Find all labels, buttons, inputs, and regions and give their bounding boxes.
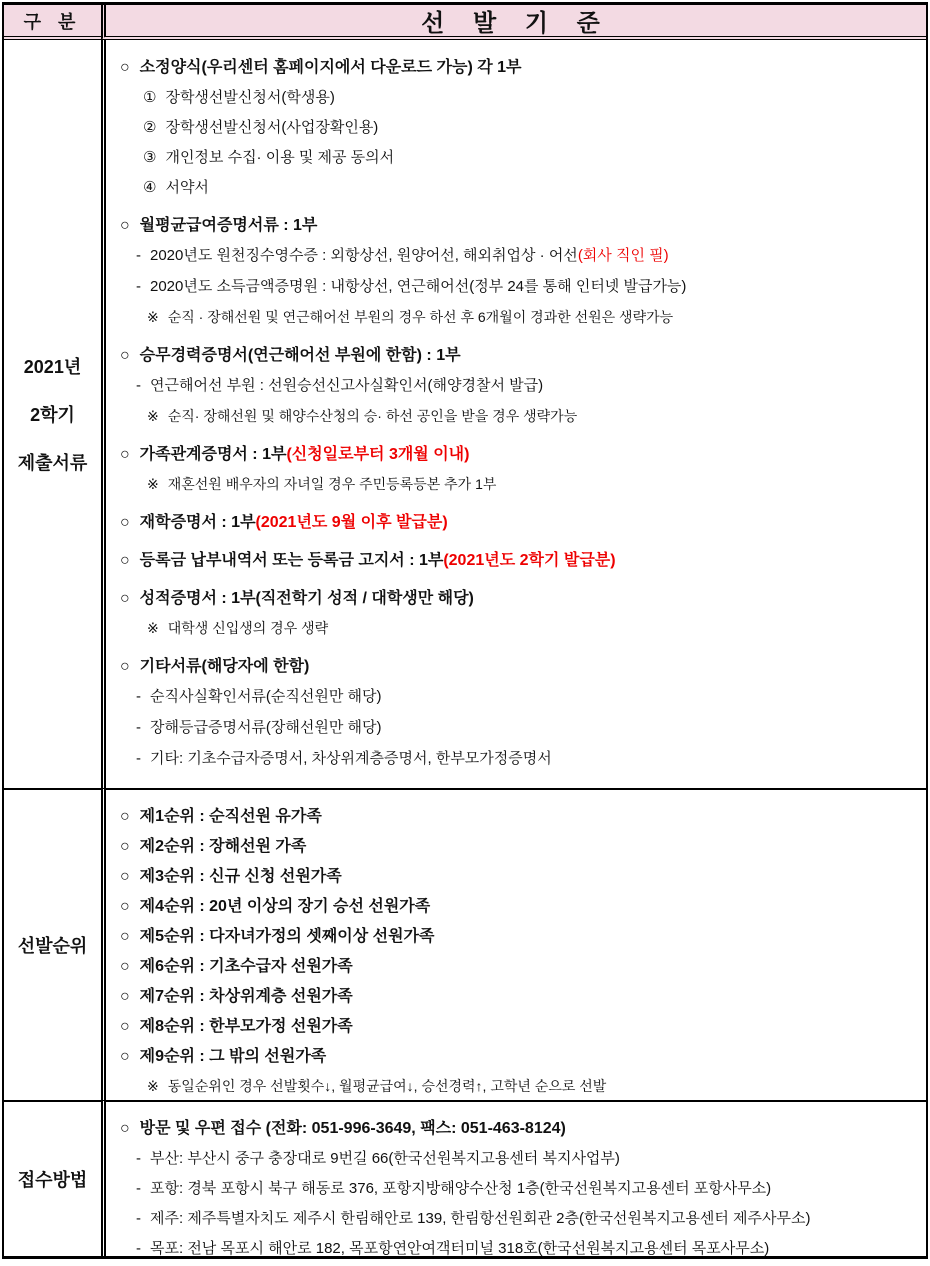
line-text: 포항: 경북 포항시 북구 해동로 376, 포항지방해양수산청 1층(한국선원… — [150, 1180, 771, 1199]
content-line: ※ 대학생 신입생의 경우 생략 — [116, 614, 920, 644]
line-text-highlight: (회사 직인 필) — [578, 247, 669, 266]
line-text: 기타: 기초수급자증명서, 차상위계층증명서, 한부모가정증명서 — [150, 750, 552, 769]
line-text: 제8순위 : 한부모가정 선원가족 — [140, 1017, 353, 1037]
line-text: 방문 및 우편 접수 (전화: 051-996-3649, 팩스: 051-46… — [140, 1119, 566, 1139]
line-text: 제4순위 : 20년 이상의 장기 승선 선원가족 — [140, 897, 431, 917]
line-text: 제9순위 : 그 밖의 선원가족 — [140, 1047, 327, 1067]
bullet-icon: - — [136, 1240, 141, 1256]
row-label-line: 접수방법 — [18, 1166, 88, 1192]
content-line: ○ 방문 및 우편 접수 (전화: 051-996-3649, 팩스: 051-… — [116, 1114, 920, 1144]
bullet-icon: - — [136, 278, 141, 297]
bullet-icon: ④ — [143, 179, 156, 198]
bullet-icon: ○ — [120, 346, 130, 366]
bullet-icon: ○ — [120, 1119, 130, 1139]
content-line: ○ 제1순위 : 순직선원 유가족 — [116, 802, 920, 832]
bullet-icon: ※ — [147, 620, 159, 638]
bullet-icon: ○ — [120, 445, 130, 465]
row-label-line: 2021년 — [24, 353, 81, 379]
content-line: ○ 가족관계증명서 : 1부 (신청일로부터 3개월 이내) — [116, 439, 920, 470]
header-category-label: 구 분 — [24, 8, 82, 34]
bullet-icon: ○ — [120, 987, 130, 1007]
content-line: ○ 제8순위 : 한부모가정 선원가족 — [116, 1012, 920, 1042]
line-text: 기타서류(해당자에 한함) — [140, 657, 310, 677]
bullet-icon: - — [136, 377, 141, 396]
content-line: - 장해등급증명서류(장해선원만 해당) — [116, 713, 920, 744]
bullet-icon: ○ — [120, 957, 130, 977]
line-text: 장학생선발신청서(사업장확인용) — [165, 119, 378, 138]
content-line: ○ 소정양식(우리센터 홈페이지에서 다운로드 가능) 각 1부 — [116, 52, 920, 83]
line-text: 제6순위 : 기초수급자 선원가족 — [140, 957, 353, 977]
bullet-icon: ○ — [120, 897, 130, 917]
line-text-highlight: (2021년도 2학기 발급분) — [443, 551, 615, 571]
bullet-icon: - — [136, 719, 141, 738]
content-line: - 2020년도 소득금액증명원 : 내항상선, 연근해어선(정부 24를 통해… — [116, 272, 920, 303]
line-text: 2020년도 원천징수영수증 : 외항상선, 원양어선, 해외취업상 · 어선 — [150, 247, 578, 266]
content-submit-docs: ○ 소정양식(우리센터 홈페이지에서 다운로드 가능) 각 1부 ① 장학생선발… — [101, 40, 926, 788]
row-label-submit-docs: 2021년 2학기 제출서류 — [4, 40, 101, 788]
content-line: - 연근해어선 부원 : 선원승선신고사실확인서(해양경찰서 발급) — [116, 371, 920, 402]
bullet-icon: ○ — [120, 216, 130, 236]
line-text: 재학증명서 : 1부 — [140, 513, 256, 533]
bullet-icon: ※ — [147, 476, 159, 494]
content-line: ○ 승무경력증명서(연근해어선 부원에 한함) : 1부 — [116, 340, 920, 371]
bullet-icon: ○ — [120, 807, 130, 827]
line-text: 순직· 장해선원 및 해양수산청의 승· 하선 공인을 받을 경우 생략가능 — [168, 408, 577, 426]
bullet-icon: ○ — [120, 927, 130, 947]
header-category-cell: 구 분 — [4, 5, 101, 40]
line-text: 서약서 — [165, 179, 208, 198]
content-line: - 제주: 제주특별자치도 제주시 한림해안로 139, 한림항선원회관 2층(… — [116, 1204, 920, 1234]
line-text-highlight: (2021년도 9월 이후 발급분) — [256, 513, 448, 533]
content-line: ※ 순직 · 장해선원 및 연근해어선 부원의 경우 하선 후 6개월이 경과한… — [116, 303, 920, 333]
content-line: - 기타: 기초수급자증명서, 차상위계층증명서, 한부모가정증명서 — [116, 744, 920, 775]
content-line: ※ 동일순위인 경우 선발횟수↓, 월평균급여↓, 승선경력↑, 고학년 순으로… — [116, 1072, 920, 1100]
line-text: 목포: 전남 목포시 해안로 182, 목포항연안여객터미널 318호(한국선원… — [150, 1240, 769, 1256]
bullet-icon: - — [136, 247, 141, 266]
line-text: 제5순위 : 다자녀가정의 셋째이상 선원가족 — [140, 927, 435, 947]
row-label-line: 2학기 — [30, 401, 75, 427]
content-line: ○ 제3순위 : 신규 신청 선원가족 — [116, 862, 920, 892]
bullet-icon: ○ — [120, 551, 130, 571]
bullet-icon: ○ — [120, 657, 130, 677]
bullet-icon: ○ — [120, 589, 130, 609]
line-text: 소정양식(우리센터 홈페이지에서 다운로드 가능) 각 1부 — [140, 58, 522, 78]
line-text: 순직 · 장해선원 및 연근해어선 부원의 경우 하선 후 6개월이 경과한 선… — [168, 309, 673, 327]
content-line: ② 장학생선발신청서(사업장확인용) — [116, 113, 920, 143]
bullet-icon: - — [136, 750, 141, 769]
line-text: 개인정보 수집· 이용 및 제공 동의서 — [165, 149, 394, 168]
row-label-priority: 선발순위 — [4, 788, 101, 1100]
line-text: 제1순위 : 순직선원 유가족 — [140, 807, 322, 827]
content-line: ○ 제9순위 : 그 밖의 선원가족 — [116, 1042, 920, 1072]
line-text: 제3순위 : 신규 신청 선원가족 — [140, 867, 342, 887]
bullet-icon: ※ — [147, 1078, 159, 1096]
content-line: - 순직사실확인서류(순직선원만 해당) — [116, 682, 920, 713]
bullet-icon: ② — [143, 119, 156, 138]
content-line: ○ 제6순위 : 기초수급자 선원가족 — [116, 952, 920, 982]
line-text: 연근해어선 부원 : 선원승선신고사실확인서(해양경찰서 발급) — [150, 377, 543, 396]
line-text: 동일순위인 경우 선발횟수↓, 월평균급여↓, 승선경력↑, 고학년 순으로 선… — [168, 1078, 607, 1096]
line-text: 순직사실확인서류(순직선원만 해당) — [150, 688, 382, 707]
bullet-icon: ① — [143, 89, 156, 108]
line-text: 장해등급증명서류(장해선원만 해당) — [150, 719, 382, 738]
content-line: ○ 기타서류(해당자에 한함) — [116, 651, 920, 682]
content-line: - 2020년도 원천징수영수증 : 외항상선, 원양어선, 해외취업상 · 어… — [116, 241, 920, 272]
line-text: 재혼선원 배우자의 자녀일 경우 주민등록등본 추가 1부 — [168, 476, 497, 494]
content-line: ○ 등록금 납부내역서 또는 등록금 고지서 : 1부 (2021년도 2학기 … — [116, 545, 920, 576]
content-line: ○ 제7순위 : 차상위계층 선원가족 — [116, 982, 920, 1012]
selection-criteria-table: 구 분 선 발 기 준 2021년 2학기 제출서류 ○ 소정양식(우리센터 홈… — [2, 2, 928, 1259]
line-text: 월평균급여증명서류 : 1부 — [140, 216, 318, 236]
content-line: ④ 서약서 — [116, 173, 920, 203]
header-criteria-cell: 선 발 기 준 — [101, 5, 926, 40]
content-line: ○ 성적증명서 : 1부(직전학기 성적 / 대학생만 해당) — [116, 583, 920, 614]
content-line: ○ 월평균급여증명서류 : 1부 — [116, 210, 920, 241]
line-text: 성적증명서 : 1부(직전학기 성적 / 대학생만 해당) — [140, 589, 474, 609]
bullet-icon: ○ — [120, 837, 130, 857]
row-label-apply-method: 접수방법 — [4, 1100, 101, 1256]
document-page: 구 분 선 발 기 준 2021년 2학기 제출서류 ○ 소정양식(우리센터 홈… — [0, 0, 930, 1261]
bullet-icon: - — [136, 1180, 141, 1199]
line-text: 제주: 제주특별자치도 제주시 한림해안로 139, 한림항선원회관 2층(한국… — [150, 1210, 810, 1229]
bullet-icon: - — [136, 688, 141, 707]
row-label-line: 제출서류 — [18, 449, 88, 475]
line-text: 제2순위 : 장해선원 가족 — [140, 837, 307, 857]
line-text: 2020년도 소득금액증명원 : 내항상선, 연근해어선(정부 24를 통해 인… — [150, 278, 686, 297]
content-apply-method: ○ 방문 및 우편 접수 (전화: 051-996-3649, 팩스: 051-… — [101, 1100, 926, 1256]
content-line: ③ 개인정보 수집· 이용 및 제공 동의서 — [116, 143, 920, 173]
bullet-icon: ○ — [120, 1017, 130, 1037]
line-text: 제7순위 : 차상위계층 선원가족 — [140, 987, 353, 1007]
line-text: 가족관계증명서 : 1부 — [140, 445, 287, 465]
content-line: - 목포: 전남 목포시 해안로 182, 목포항연안여객터미널 318호(한국… — [116, 1234, 920, 1256]
content-line: - 부산: 부산시 중구 충장대로 9번길 66(한국선원복지고용센터 복지사업… — [116, 1144, 920, 1174]
content-line: ○ 제5순위 : 다자녀가정의 셋째이상 선원가족 — [116, 922, 920, 952]
bullet-icon: ○ — [120, 867, 130, 887]
content-priority: ○ 제1순위 : 순직선원 유가족 ○ 제2순위 : 장해선원 가족 ○ 제3순… — [101, 788, 926, 1100]
content-line: ○ 재학증명서 : 1부 (2021년도 9월 이후 발급분) — [116, 507, 920, 538]
line-text: 등록금 납부내역서 또는 등록금 고지서 : 1부 — [140, 551, 444, 571]
line-text: 부산: 부산시 중구 충장대로 9번길 66(한국선원복지고용센터 복지사업부) — [150, 1150, 620, 1169]
line-text-highlight: (신청일로부터 3개월 이내) — [286, 445, 469, 465]
bullet-icon: ※ — [147, 408, 159, 426]
content-line: ※ 재혼선원 배우자의 자녀일 경우 주민등록등본 추가 1부 — [116, 470, 920, 500]
bullet-icon: ③ — [143, 149, 156, 168]
bullet-icon: ○ — [120, 513, 130, 533]
content-line: ※ 순직· 장해선원 및 해양수산청의 승· 하선 공인을 받을 경우 생략가능 — [116, 402, 920, 432]
line-text: 대학생 신입생의 경우 생략 — [168, 620, 328, 638]
content-line: ○ 제2순위 : 장해선원 가족 — [116, 832, 920, 862]
page-title: 선 발 기 준 — [421, 5, 611, 38]
bullet-icon: ○ — [120, 58, 130, 78]
bullet-icon: ※ — [147, 309, 159, 327]
content-line: - 포항: 경북 포항시 북구 해동로 376, 포항지방해양수산청 1층(한국… — [116, 1174, 920, 1204]
content-line: ○ 제4순위 : 20년 이상의 장기 승선 선원가족 — [116, 892, 920, 922]
line-text: 장학생선발신청서(학생용) — [165, 89, 334, 108]
bullet-icon: - — [136, 1210, 141, 1229]
row-label-line: 선발순위 — [18, 932, 88, 958]
bullet-icon: - — [136, 1150, 141, 1169]
content-line: ① 장학생선발신청서(학생용) — [116, 83, 920, 113]
line-text: 승무경력증명서(연근해어선 부원에 한함) : 1부 — [140, 346, 461, 366]
bullet-icon: ○ — [120, 1047, 130, 1067]
